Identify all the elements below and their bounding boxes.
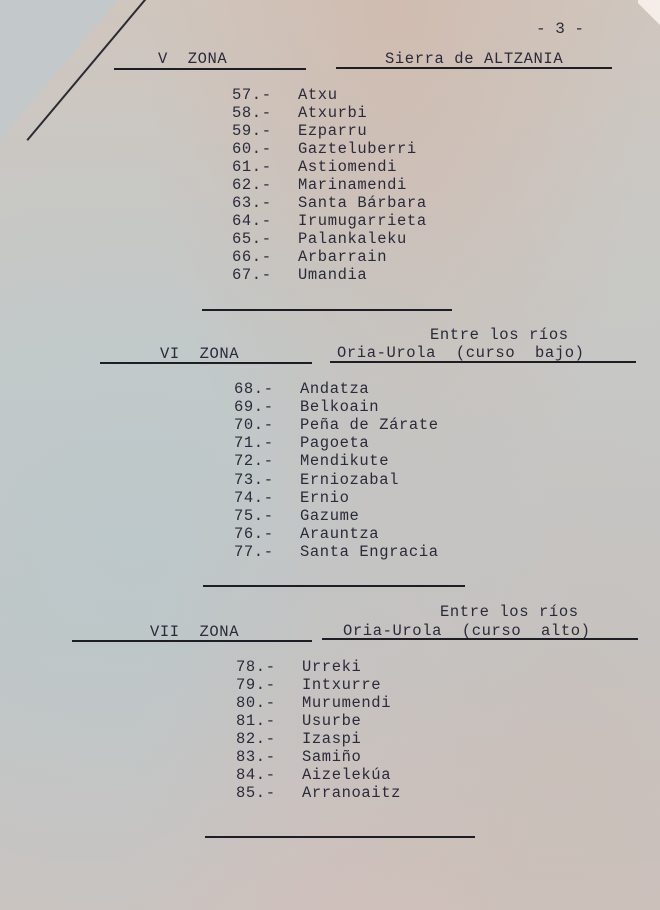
item-number: 79.- <box>236 676 302 694</box>
item-number: 70.- <box>234 416 300 434</box>
list-item: 77.-Santa Engracia <box>234 543 439 561</box>
list-item: 76.-Arauntza <box>234 525 379 543</box>
list-item: 61.-Astiomendi <box>232 158 397 176</box>
list-item: 82.-Izaspi <box>236 730 361 748</box>
list-item: 59.-Ezparru <box>232 122 367 140</box>
item-name: Peña de Zárate <box>300 416 439 434</box>
zone-underline <box>100 362 312 364</box>
item-number: 66.- <box>232 248 298 266</box>
zone-subtitle-vii-line1: Entre los ríos <box>440 603 579 621</box>
list-item: 67.-Umandia <box>232 266 367 284</box>
item-name: Murumendi <box>302 694 391 712</box>
list-item: 84.-Aizelekúa <box>236 766 391 784</box>
list-item: 66.-Arbarrain <box>232 248 387 266</box>
item-number: 60.- <box>232 140 298 158</box>
item-name: Samiño <box>302 748 361 766</box>
item-name: Palankaleku <box>298 230 407 248</box>
item-name: Arranoaitz <box>302 784 401 802</box>
item-number: 63.- <box>232 194 298 212</box>
list-item: 75.-Gazume <box>234 507 359 525</box>
page-curl <box>638 0 660 40</box>
zone-subtitle-vi-line1: Entre los ríos <box>430 326 569 344</box>
list-item: 72.-Mendikute <box>234 452 389 470</box>
item-name: Andatza <box>300 380 369 398</box>
item-number: 72.- <box>234 452 300 470</box>
item-number: 82.- <box>236 730 302 748</box>
item-number: 83.- <box>236 748 302 766</box>
item-number: 69.- <box>234 398 300 416</box>
item-number: 64.- <box>232 212 298 230</box>
section-separator <box>203 585 465 587</box>
subtitle-underline <box>322 638 638 640</box>
list-item: 69.-Belkoain <box>234 398 379 416</box>
zone-underline <box>114 68 306 70</box>
list-item: 78.-Urreki <box>236 658 361 676</box>
item-name: Ernio <box>300 489 350 507</box>
item-name: Ezparru <box>298 122 367 140</box>
subtitle-underline <box>336 67 612 69</box>
folded-corner <box>0 0 118 140</box>
section-separator <box>205 836 475 838</box>
item-number: 84.- <box>236 766 302 784</box>
item-name: Usurbe <box>302 712 361 730</box>
typewritten-page: - 3 - V ZONA Sierra de ALTZANIA 57.-Atxu… <box>0 0 660 910</box>
list-item: 74.-Ernio <box>234 489 350 507</box>
list-item: 63.-Santa Bárbara <box>232 194 427 212</box>
item-name: Atxurbi <box>298 104 367 122</box>
item-number: 73.- <box>234 471 300 489</box>
zone-subtitle-v: Sierra de ALTZANIA <box>385 50 563 68</box>
item-number: 81.- <box>236 712 302 730</box>
item-name: Umandia <box>298 266 367 284</box>
subtitle-underline <box>330 361 636 363</box>
zone-title-vi: VI ZONA <box>160 345 239 363</box>
zone-subtitle-vi-line2: Oria-Urola (curso bajo) <box>337 344 585 362</box>
list-item: 65.-Palankaleku <box>232 230 407 248</box>
item-name: Arauntza <box>300 525 379 543</box>
list-item: 64.-Irumugarrieta <box>232 212 427 230</box>
item-name: Santa Bárbara <box>298 194 427 212</box>
item-number: 65.- <box>232 230 298 248</box>
item-name: Santa Engracia <box>300 543 439 561</box>
list-item: 57.-Atxu <box>232 86 338 104</box>
item-name: Intxurre <box>302 676 381 694</box>
item-number: 59.- <box>232 122 298 140</box>
list-item: 81.-Usurbe <box>236 712 361 730</box>
item-number: 75.- <box>234 507 300 525</box>
item-name: Pagoeta <box>300 434 369 452</box>
item-number: 57.- <box>232 86 298 104</box>
item-number: 76.- <box>234 525 300 543</box>
item-name: Mendikute <box>300 452 389 470</box>
list-item: 70.-Peña de Zárate <box>234 416 439 434</box>
item-name: Astiomendi <box>298 158 397 176</box>
item-number: 71.- <box>234 434 300 452</box>
item-number: 68.- <box>234 380 300 398</box>
item-name: Izaspi <box>302 730 361 748</box>
zone-underline <box>72 640 312 642</box>
item-name: Gazume <box>300 507 359 525</box>
item-number: 67.- <box>232 266 298 284</box>
item-number: 77.- <box>234 543 300 561</box>
list-item: 68.-Andatza <box>234 380 369 398</box>
list-item: 71.-Pagoeta <box>234 434 369 452</box>
item-name: Erniozabal <box>300 471 399 489</box>
list-item: 58.-Atxurbi <box>232 104 367 122</box>
item-name: Irumugarrieta <box>298 212 427 230</box>
item-name: Atxu <box>298 86 338 104</box>
item-name: Belkoain <box>300 398 379 416</box>
item-number: 78.- <box>236 658 302 676</box>
list-item: 73.-Erniozabal <box>234 471 399 489</box>
list-item: 79.-Intxurre <box>236 676 381 694</box>
item-name: Aizelekúa <box>302 766 391 784</box>
page-number: - 3 - <box>536 20 584 38</box>
list-item: 62.-Marinamendi <box>232 176 407 194</box>
section-separator <box>202 309 452 311</box>
item-number: 74.- <box>234 489 300 507</box>
item-name: Arbarrain <box>298 248 387 266</box>
item-name: Gazteluberri <box>298 140 417 158</box>
item-number: 61.- <box>232 158 298 176</box>
item-number: 85.- <box>236 784 302 802</box>
item-name: Urreki <box>302 658 361 676</box>
item-number: 62.- <box>232 176 298 194</box>
item-name: Marinamendi <box>298 176 407 194</box>
list-item: 83.-Samiño <box>236 748 361 766</box>
item-number: 80.- <box>236 694 302 712</box>
zone-title-vii: VII ZONA <box>150 623 239 641</box>
list-item: 80.-Murumendi <box>236 694 391 712</box>
list-item: 85.-Arranoaitz <box>236 784 401 802</box>
list-item: 60.-Gazteluberri <box>232 140 417 158</box>
item-number: 58.- <box>232 104 298 122</box>
zone-title-v: V ZONA <box>158 50 227 68</box>
